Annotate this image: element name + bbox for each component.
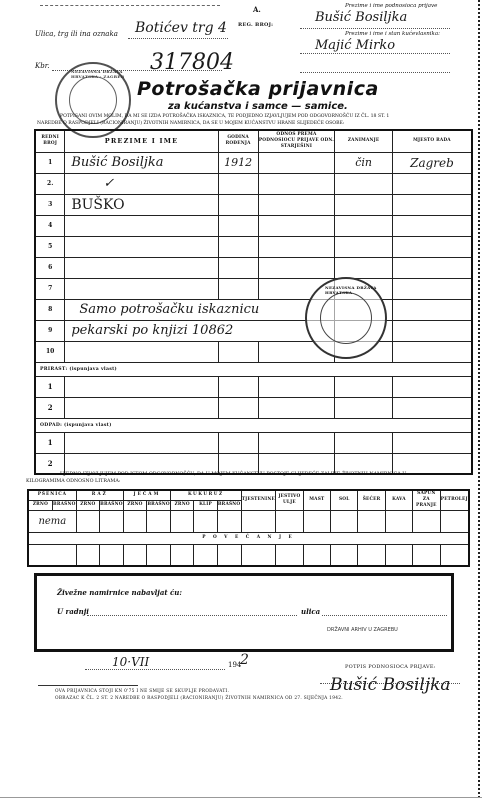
street-label: Ulica, trg ili ina oznaka bbox=[35, 30, 118, 38]
stock-values-row: nema bbox=[28, 510, 469, 532]
year-suffix: 2 bbox=[240, 652, 249, 668]
footnote-1: OVA PRIJAVNICA STOJI KN 0'75 I NE SMIJE … bbox=[55, 689, 229, 694]
col-header-secer: ŠEĆER bbox=[358, 490, 385, 510]
group-header-kukuruz: KUKURUZ bbox=[171, 490, 242, 500]
table-row: 8 Samo potrošačku iskaznicu bbox=[35, 299, 472, 320]
persons-header-row: REDNI BROJ PREZIME I IME GODINA ROĐENJA … bbox=[35, 130, 472, 152]
col-header-ulje: JESTIVO ULJE bbox=[276, 490, 303, 510]
form-subtitle: za kućanstva i samce — samice. bbox=[168, 101, 348, 112]
signature-label: POTPIS PODNOSIOCA PRIJAVE: bbox=[345, 664, 436, 670]
table-row: 9 pekarski po knjizi 10862 bbox=[35, 320, 472, 341]
table-row: 2 bbox=[35, 397, 472, 418]
stock-text-line-2: KILOGRAMIMA ODNOSNO LITRAMA: bbox=[26, 479, 120, 484]
shop-field[interactable] bbox=[87, 615, 297, 616]
odpad-header-row: ODPAD: (ispunjava vlast) bbox=[35, 418, 472, 432]
person-occupation: čin bbox=[335, 152, 393, 173]
supply-label: Živežne namirnice nabavljat ću: bbox=[57, 588, 182, 597]
intro-line-2: NAREDBE O RASPODJELI (RACIONIRANJU) ŽIVO… bbox=[37, 121, 344, 126]
signature-value: Bušić Bosiljka bbox=[330, 675, 451, 695]
increase-label: P O V E Ć A N J E bbox=[28, 532, 469, 544]
landlord-value: Majić Mirko bbox=[315, 38, 395, 53]
person-year: 1912 bbox=[218, 152, 258, 173]
supply-street-field[interactable] bbox=[322, 615, 447, 616]
col-header-petrolej: PETROLEJ bbox=[440, 490, 469, 510]
table-row: 2 bbox=[35, 453, 472, 474]
stock-text-line-1: UJEDNO IZJAVLJUJEM POD ISTOM ODGOVORNOŠĆ… bbox=[60, 472, 406, 477]
col-header-tjestenine: TJESTENINE bbox=[241, 490, 276, 510]
reg-broj-label: REG. BROJ: bbox=[238, 22, 273, 28]
landlord-line bbox=[300, 53, 450, 54]
applicant-line bbox=[300, 28, 450, 29]
table-row: 4 bbox=[35, 215, 472, 236]
table-row: 5 bbox=[35, 236, 472, 257]
section-letter: A. bbox=[253, 5, 261, 14]
note-line-1: Samo potrošačku iskaznicu bbox=[65, 299, 335, 320]
landlord-label: Prezime i ime i stan kućevlasnika: bbox=[345, 31, 440, 37]
official-stamp-middle: NEZAVISNA DRŽAVA HRVATSKA bbox=[305, 277, 387, 359]
group-header-psenica: PŠENICA bbox=[28, 490, 76, 500]
persons-table: REDNI BROJ PREZIME I IME GODINA ROĐENJA … bbox=[34, 129, 473, 475]
page-edge bbox=[478, 0, 480, 800]
note-line-2: pekarski po knjizi 10862 bbox=[65, 320, 335, 341]
footnote-2: OBRAZAC K ČL. 2 ST. 2 NAREDBE O RASPODJE… bbox=[55, 696, 343, 701]
table-row: 7 bbox=[35, 278, 472, 299]
odpad-label: ODPAD: (ispunjava vlast) bbox=[35, 418, 472, 432]
table-row: 1 bbox=[35, 432, 472, 453]
top-rule bbox=[40, 5, 220, 6]
prirast-label: PRIRAST: (ispunjava vlast) bbox=[35, 362, 472, 376]
date-line bbox=[85, 669, 225, 670]
street-line bbox=[128, 38, 228, 39]
stock-table: PŠENICA RAŽ JEČAM KUKURUZ TJESTENINE JES… bbox=[27, 489, 470, 567]
bottom-edge bbox=[0, 797, 482, 798]
street-value: Botićev trg 4 bbox=[135, 20, 227, 36]
table-row: 2. ✓ bbox=[35, 173, 472, 194]
footnote-rule bbox=[38, 685, 138, 686]
prirast-header-row: PRIRAST: (ispunjava vlast) bbox=[35, 362, 472, 376]
person-workplace: Zagreb bbox=[392, 152, 472, 173]
col-header-num: REDNI BROJ bbox=[35, 130, 65, 152]
table-row: 3 BUŠKO bbox=[35, 194, 472, 215]
shop-label: U radnji bbox=[57, 607, 89, 616]
col-header-name: PREZIME I IME bbox=[65, 130, 218, 152]
col-header-sapun: SAPUN ZA PRANJE bbox=[413, 490, 440, 510]
increase-values-row bbox=[28, 544, 469, 566]
date-value: 10·VII bbox=[112, 655, 149, 669]
kbr-label: Kbr. bbox=[35, 62, 50, 70]
col-header-sol: SOL bbox=[331, 490, 358, 510]
form-title: Potrošačka prijavnica bbox=[137, 78, 379, 100]
group-header-raz: RAŽ bbox=[76, 490, 123, 500]
col-header-occupation: ZANIMANJE bbox=[335, 130, 393, 152]
table-row: 1 bbox=[35, 376, 472, 397]
stock-first-cell: nema bbox=[28, 510, 76, 532]
table-row: 6 bbox=[35, 257, 472, 278]
table-row: 10 bbox=[35, 341, 472, 362]
applicant-label: Prezime i ime podnosioca prijave bbox=[345, 3, 437, 9]
col-header-relation: ODNOS PREMA PODNOSIOCU PRIJAVE ODN. STAR… bbox=[258, 130, 335, 152]
official-stamp-top: NEZAVISNA DRŽAVA HRVATSKA · ZAGREB bbox=[55, 62, 131, 138]
intro-line-1: POTPISANI OVIM MOLIM, DA MI SE IZDA POTR… bbox=[60, 114, 389, 119]
street-field-label: ulica bbox=[301, 607, 320, 616]
col-header-workplace: MJESTO RADA bbox=[392, 130, 472, 152]
table-row: 1 Bušić Bosiljka 1912 čin Zagreb bbox=[35, 152, 472, 173]
supply-box: Živežne namirnice nabavljat ću: U radnji… bbox=[34, 573, 454, 652]
col-header-kava: KAVA bbox=[385, 490, 412, 510]
archive-stamp: DRŽAVNI ARHIV U ZAGREBU bbox=[327, 627, 398, 633]
landlord-line-2 bbox=[300, 72, 450, 73]
kbr-value: 317804 bbox=[150, 50, 234, 75]
col-header-year: GODINA ROĐENJA bbox=[218, 130, 258, 152]
group-header-jecam: JEČAM bbox=[123, 490, 170, 500]
applicant-value: Bušić Bosiljka bbox=[315, 10, 407, 25]
col-header-mast: MAST bbox=[303, 490, 330, 510]
person-name: Bušić Bosiljka bbox=[65, 152, 218, 173]
